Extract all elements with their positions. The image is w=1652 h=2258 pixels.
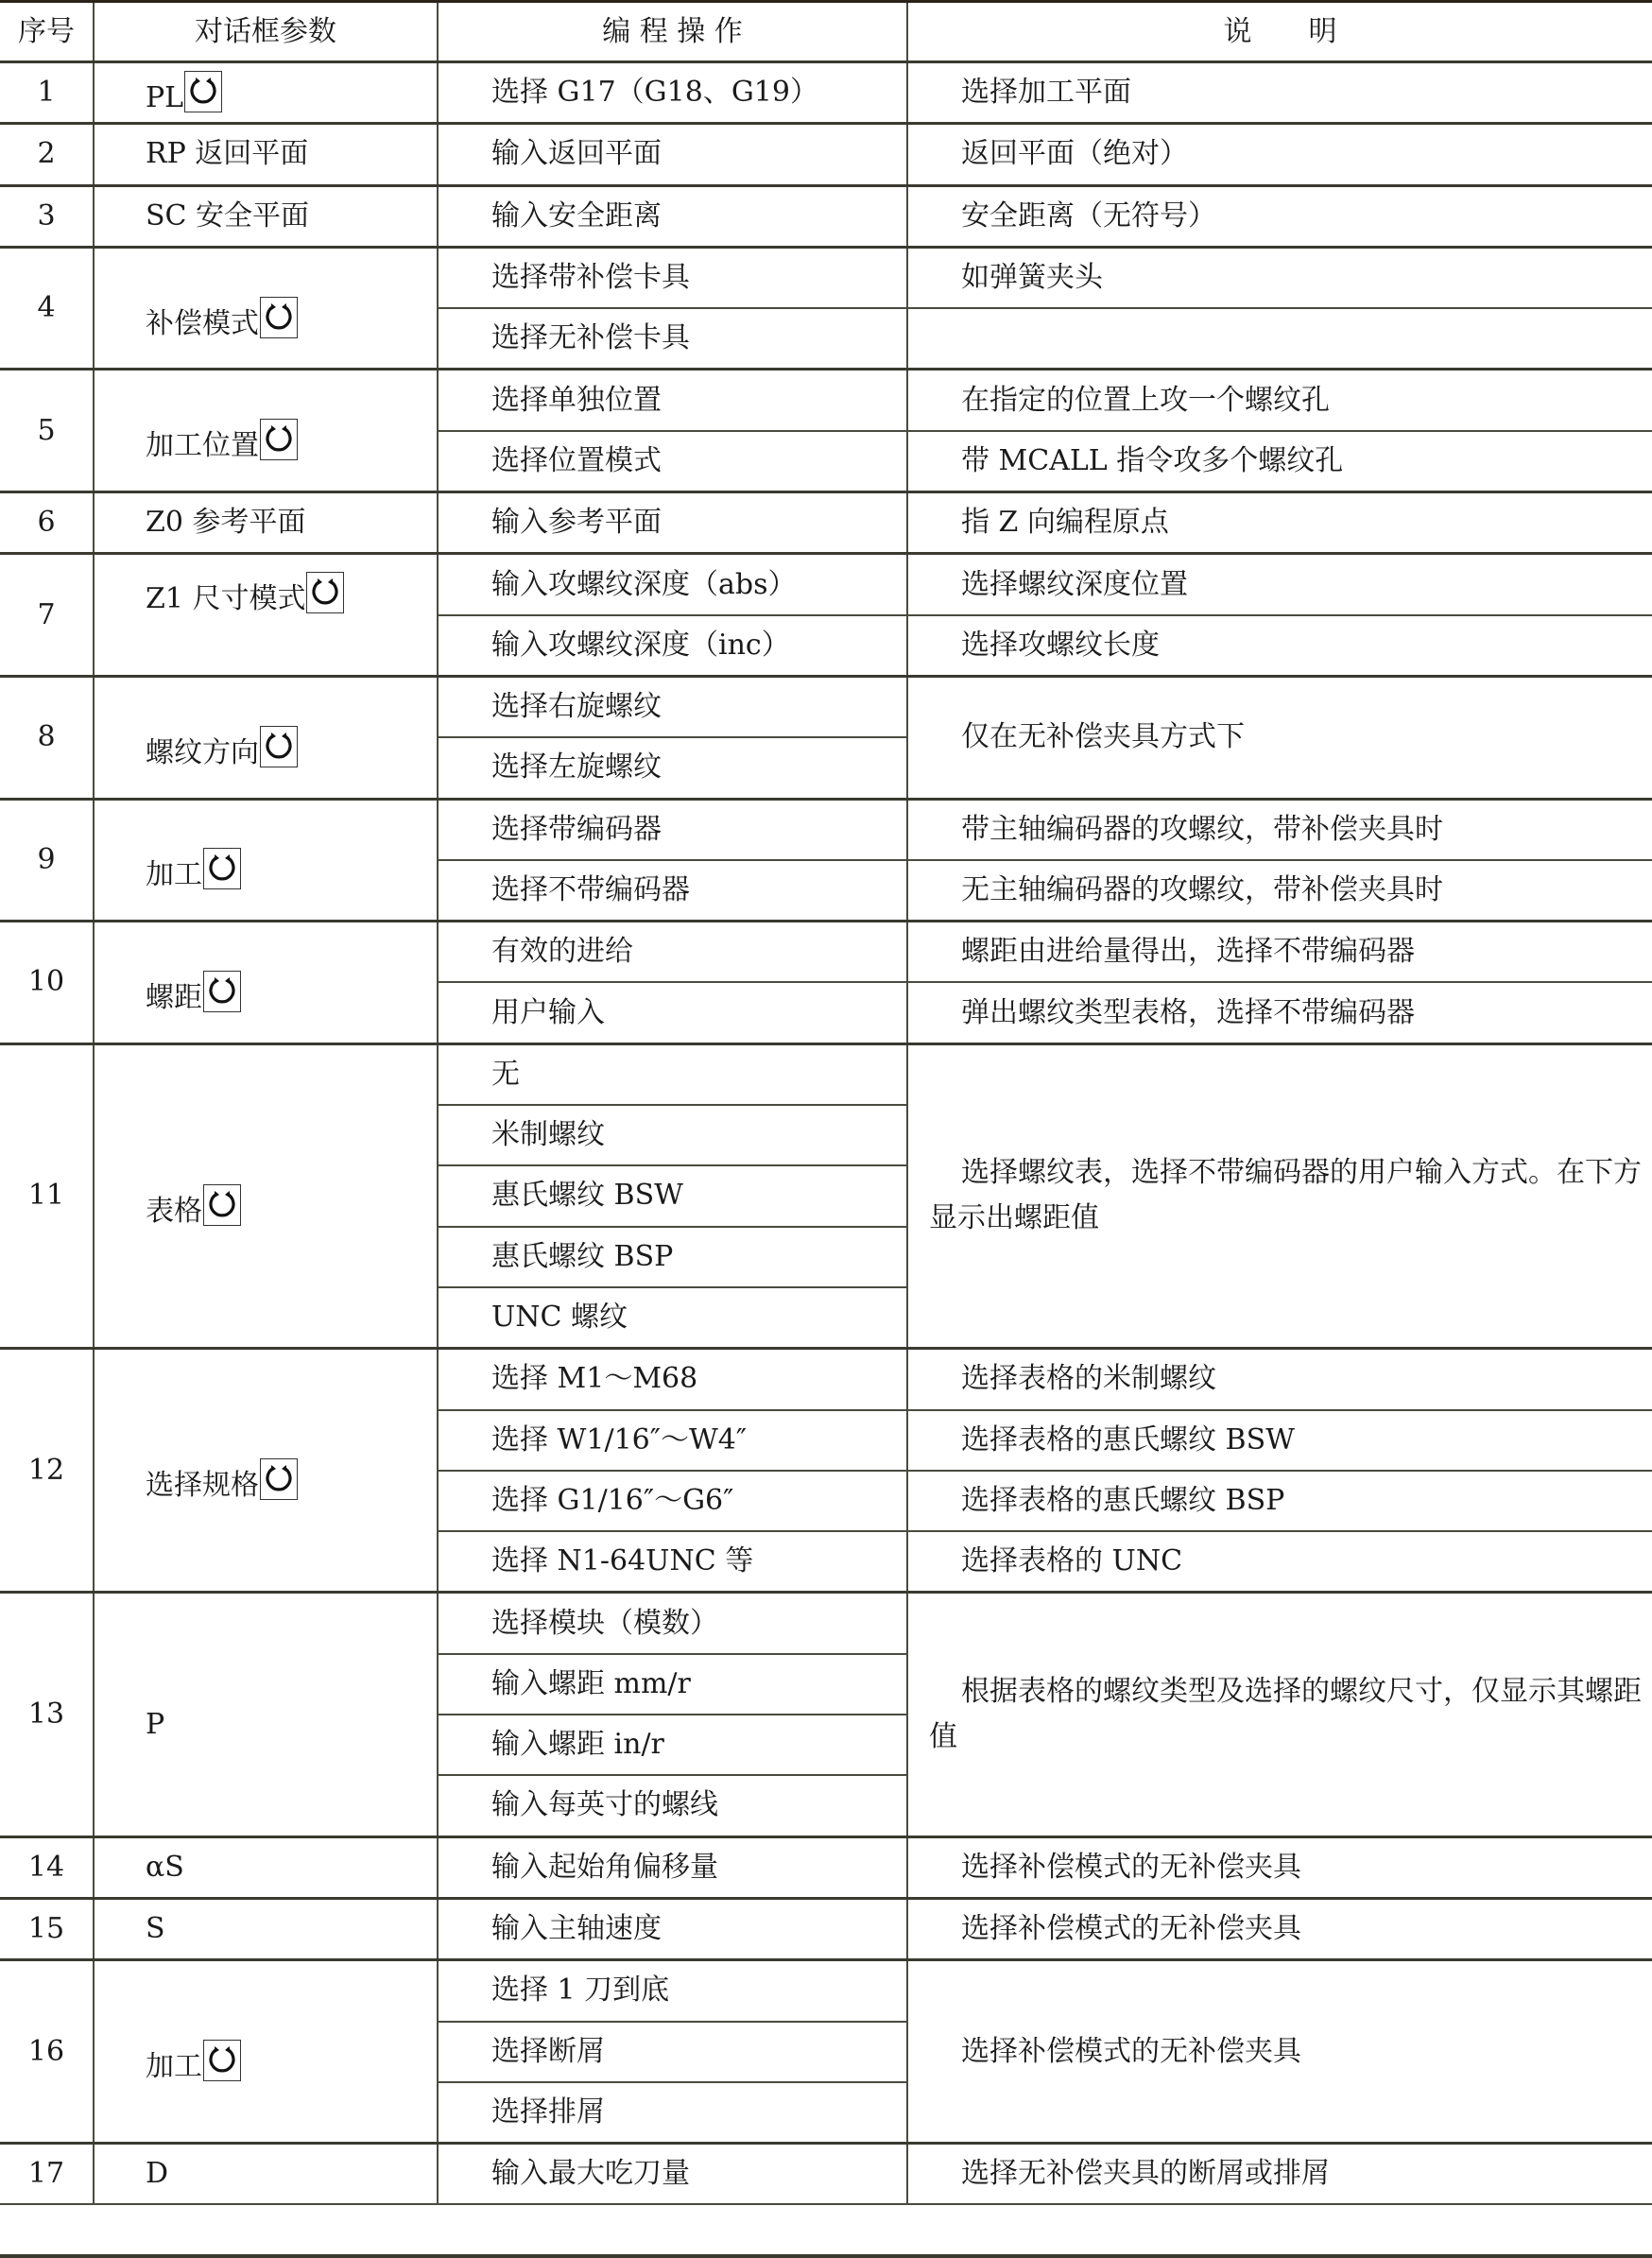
dialog-parameter: S (94, 1898, 438, 1959)
description: 如弹簧夹头 (907, 247, 1652, 308)
row-number: 17 (0, 2144, 94, 2205)
row-number: 5 (0, 370, 94, 492)
description: 指 Z 向编程原点 (907, 492, 1652, 554)
dialog-parameter: 加工位置 (94, 370, 438, 492)
table-header-row: 序号 对话框参数 编 程 操 作 说 明 (0, 3, 1652, 62)
table-row: 11表格无选择螺纹表，选择不带编码器的用户输入方式。在下方显示出螺距值 (0, 1043, 1652, 1105)
parameter-label: 补偿模式 (146, 307, 259, 340)
dialog-parameter: 加工 (94, 799, 438, 922)
dialog-parameter: 螺纹方向 (94, 676, 438, 799)
description: 仅在无补偿夹具方式下 (907, 676, 1652, 799)
cycle-toggle-icon[interactable] (260, 297, 298, 338)
programming-operation: 选择排屑 (438, 2082, 907, 2144)
description: 选择螺纹表，选择不带编码器的用户输入方式。在下方显示出螺距值 (907, 1043, 1652, 1348)
dialog-parameter: SC 安全平面 (94, 185, 438, 247)
programming-operation: 输入参考平面 (438, 492, 907, 554)
description: 选择补偿模式的无补偿夹具 (907, 1960, 1652, 2144)
row-number: 9 (0, 799, 94, 922)
dialog-parameter: Z1 尺寸模式 (94, 554, 438, 677)
parameter-label: D (146, 2157, 168, 2190)
row-number: 13 (0, 1593, 94, 1836)
table-row: 9加工选择带编码器带主轴编码器的攻螺纹，带补偿夹具时 (0, 799, 1652, 860)
programming-operation: 用户输入 (438, 982, 907, 1043)
row-number: 4 (0, 247, 94, 370)
table-row: 4补偿模式选择带补偿卡具如弹簧夹头 (0, 247, 1652, 308)
programming-operation: UNC 螺纹 (438, 1287, 907, 1349)
table-row: 5加工位置选择单独位置在指定的位置上攻一个螺纹孔 (0, 370, 1652, 431)
cycle-toggle-icon[interactable] (184, 71, 222, 112)
programming-operation: 输入安全距离 (438, 185, 907, 247)
row-number: 8 (0, 676, 94, 799)
dialog-parameter: 补偿模式 (94, 247, 438, 370)
row-number: 10 (0, 922, 94, 1044)
cycle-toggle-icon[interactable] (203, 848, 241, 889)
programming-operation: 选择带编码器 (438, 799, 907, 860)
description: 选择加工平面 (907, 62, 1652, 124)
programming-operation: 选择 W1/16″～W4″ (438, 1410, 907, 1471)
table-row: 16加工选择 1 刀到底选择补偿模式的无补偿夹具 (0, 1960, 1652, 2022)
parameter-label: 加工 (146, 858, 202, 891)
parameter-label: S (146, 1912, 165, 1945)
parameter-label: 螺距 (146, 981, 202, 1014)
table-row: 17D输入最大吃刀量选择无补偿夹具的断屑或排屑 (0, 2144, 1652, 2205)
description: 带主轴编码器的攻螺纹，带补偿夹具时 (907, 799, 1652, 860)
dialog-parameter: 加工 (94, 1960, 438, 2144)
parameter-label: Z1 尺寸模式 (146, 582, 305, 615)
programming-operation: 有效的进给 (438, 922, 907, 983)
row-number: 16 (0, 1960, 94, 2144)
description: 无主轴编码器的攻螺纹，带补偿夹具时 (907, 860, 1652, 922)
row-number: 11 (0, 1043, 94, 1348)
table-body: 1PL选择 G17（G18、G19）选择加工平面2RP 返回平面输入返回平面返回… (0, 62, 1652, 2205)
description: 安全距离（无符号） (907, 185, 1652, 247)
description: 根据表格的螺纹类型及选择的螺纹尺寸，仅显示其螺距值 (907, 1593, 1652, 1836)
programming-operation: 选择 N1-64UNC 等 (438, 1531, 907, 1593)
programming-operation: 输入最大吃刀量 (438, 2144, 907, 2205)
header-description: 说 明 (907, 3, 1652, 62)
cycle-toggle-icon[interactable] (203, 1184, 241, 1226)
row-number: 15 (0, 1898, 94, 1959)
description: 选择补偿模式的无补偿夹具 (907, 1898, 1652, 1959)
programming-operation: 惠氏螺纹 BSW (438, 1165, 907, 1226)
cycle-toggle-icon[interactable] (306, 572, 344, 613)
table-row: 7Z1 尺寸模式输入攻螺纹深度（abs）选择螺纹深度位置 (0, 554, 1652, 615)
programming-operation: 无 (438, 1043, 907, 1105)
programming-operation: 选择断屑 (438, 2022, 907, 2082)
parameter-label: SC 安全平面 (146, 199, 309, 233)
description: 选择无补偿夹具的断屑或排屑 (907, 2144, 1652, 2205)
programming-operation: 选择左旋螺纹 (438, 737, 907, 799)
row-number: 12 (0, 1349, 94, 1593)
table-row: 3SC 安全平面输入安全距离安全距离（无符号） (0, 185, 1652, 247)
programming-operation: 选择单独位置 (438, 370, 907, 431)
programming-operation: 输入每英寸的螺线 (438, 1775, 907, 1836)
cycle-toggle-icon[interactable] (203, 971, 241, 1012)
description: 选择攻螺纹长度 (907, 615, 1652, 677)
programming-operation: 输入主轴速度 (438, 1898, 907, 1959)
table-row: 6Z0 参考平面输入参考平面指 Z 向编程原点 (0, 492, 1652, 554)
parameter-label: 加工 (146, 2050, 202, 2083)
cycle-toggle-icon[interactable] (260, 419, 298, 460)
table-bottom-rule (0, 2254, 1652, 2258)
parameter-label: 螺纹方向 (146, 736, 259, 769)
programming-operation: 选择 M1～M68 (438, 1349, 907, 1410)
description: 选择表格的 UNC (907, 1531, 1652, 1593)
row-number: 7 (0, 554, 94, 677)
programming-operation: 选择 G17（G18、G19） (438, 62, 907, 124)
description: 弹出螺纹类型表格，选择不带编码器 (907, 982, 1652, 1043)
parameter-label: 表格 (146, 1195, 202, 1228)
header-programming-op: 编 程 操 作 (438, 3, 907, 62)
programming-operation: 选择模块（模数） (438, 1593, 907, 1654)
table-row: 15S输入主轴速度选择补偿模式的无补偿夹具 (0, 1898, 1652, 1959)
parameter-label: 加工位置 (146, 429, 259, 462)
description: 在指定的位置上攻一个螺纹孔 (907, 370, 1652, 431)
description: 带 MCALL 指令攻多个螺纹孔 (907, 431, 1652, 492)
dialog-parameter: Z0 参考平面 (94, 492, 438, 554)
row-number: 2 (0, 124, 94, 185)
table-row: 8螺纹方向选择右旋螺纹仅在无补偿夹具方式下 (0, 676, 1652, 737)
programming-operation: 输入攻螺纹深度（abs） (438, 554, 907, 615)
description: 选择螺纹深度位置 (907, 554, 1652, 615)
dialog-parameter: 螺距 (94, 922, 438, 1044)
cycle-toggle-icon[interactable] (203, 2040, 241, 2081)
description (907, 308, 1652, 370)
programming-operation: 选择不带编码器 (438, 860, 907, 922)
parameter-label: 选择规格 (146, 1469, 259, 1502)
table-row: 13P选择模块（模数）根据表格的螺纹类型及选择的螺纹尺寸，仅显示其螺距值 (0, 1593, 1652, 1654)
programming-operation: 输入返回平面 (438, 124, 907, 185)
cycle-toggle-icon[interactable] (260, 726, 298, 767)
table-row: 2RP 返回平面输入返回平面返回平面（绝对） (0, 124, 1652, 185)
programming-operation: 选择位置模式 (438, 431, 907, 492)
description: 选择表格的米制螺纹 (907, 1349, 1652, 1410)
table-row: 1PL选择 G17（G18、G19）选择加工平面 (0, 62, 1652, 124)
dialog-parameter: P (94, 1593, 438, 1836)
programming-operation: 选择 G1/16″～G6″ (438, 1471, 907, 1531)
table-row: 10螺距有效的进给螺距由进给量得出，选择不带编码器 (0, 922, 1652, 983)
row-number: 3 (0, 185, 94, 247)
dialog-parameter: D (94, 2144, 438, 2205)
description: 返回平面（绝对） (907, 124, 1652, 185)
description: 选择补偿模式的无补偿夹具 (907, 1836, 1652, 1898)
programming-operation: 输入起始角偏移量 (438, 1836, 907, 1898)
cycle-toggle-icon[interactable] (260, 1458, 298, 1500)
parameter-label: P (146, 1708, 164, 1741)
description: 螺距由进给量得出，选择不带编码器 (907, 922, 1652, 983)
row-number: 1 (0, 62, 94, 124)
programming-operation: 输入螺距 mm/r (438, 1654, 907, 1715)
table-row: 14αS输入起始角偏移量选择补偿模式的无补偿夹具 (0, 1836, 1652, 1898)
dialog-parameter: αS (94, 1836, 438, 1898)
programming-operation: 输入螺距 in/r (438, 1715, 907, 1775)
programming-operation: 输入攻螺纹深度（inc） (438, 615, 907, 677)
programming-operation: 选择 1 刀到底 (438, 1960, 907, 2022)
row-number: 6 (0, 492, 94, 554)
programming-operation: 惠氏螺纹 BSP (438, 1227, 907, 1287)
dialog-parameter: RP 返回平面 (94, 124, 438, 185)
programming-operation: 选择带补偿卡具 (438, 247, 907, 308)
parameter-label: PL (146, 81, 183, 114)
row-number: 14 (0, 1836, 94, 1898)
description: 选择表格的惠氏螺纹 BSP (907, 1471, 1652, 1531)
dialog-parameter: PL (94, 62, 438, 124)
header-dialog-param: 对话框参数 (94, 3, 438, 62)
dialog-parameter: 表格 (94, 1043, 438, 1348)
parameter-label: αS (146, 1851, 184, 1884)
dialog-parameter-table: 序号 对话框参数 编 程 操 作 说 明 1PL选择 G17（G18、G19）选… (0, 3, 1652, 2205)
programming-operation: 选择右旋螺纹 (438, 676, 907, 737)
parameter-label: RP 返回平面 (146, 137, 308, 170)
programming-operation: 选择无补偿卡具 (438, 308, 907, 370)
table-row: 12选择规格选择 M1～M68选择表格的米制螺纹 (0, 1349, 1652, 1410)
programming-operation: 米制螺纹 (438, 1105, 907, 1165)
parameter-label: Z0 参考平面 (146, 506, 305, 539)
description: 选择表格的惠氏螺纹 BSW (907, 1410, 1652, 1471)
dialog-parameter: 选择规格 (94, 1349, 438, 1593)
header-seq: 序号 (0, 3, 94, 62)
